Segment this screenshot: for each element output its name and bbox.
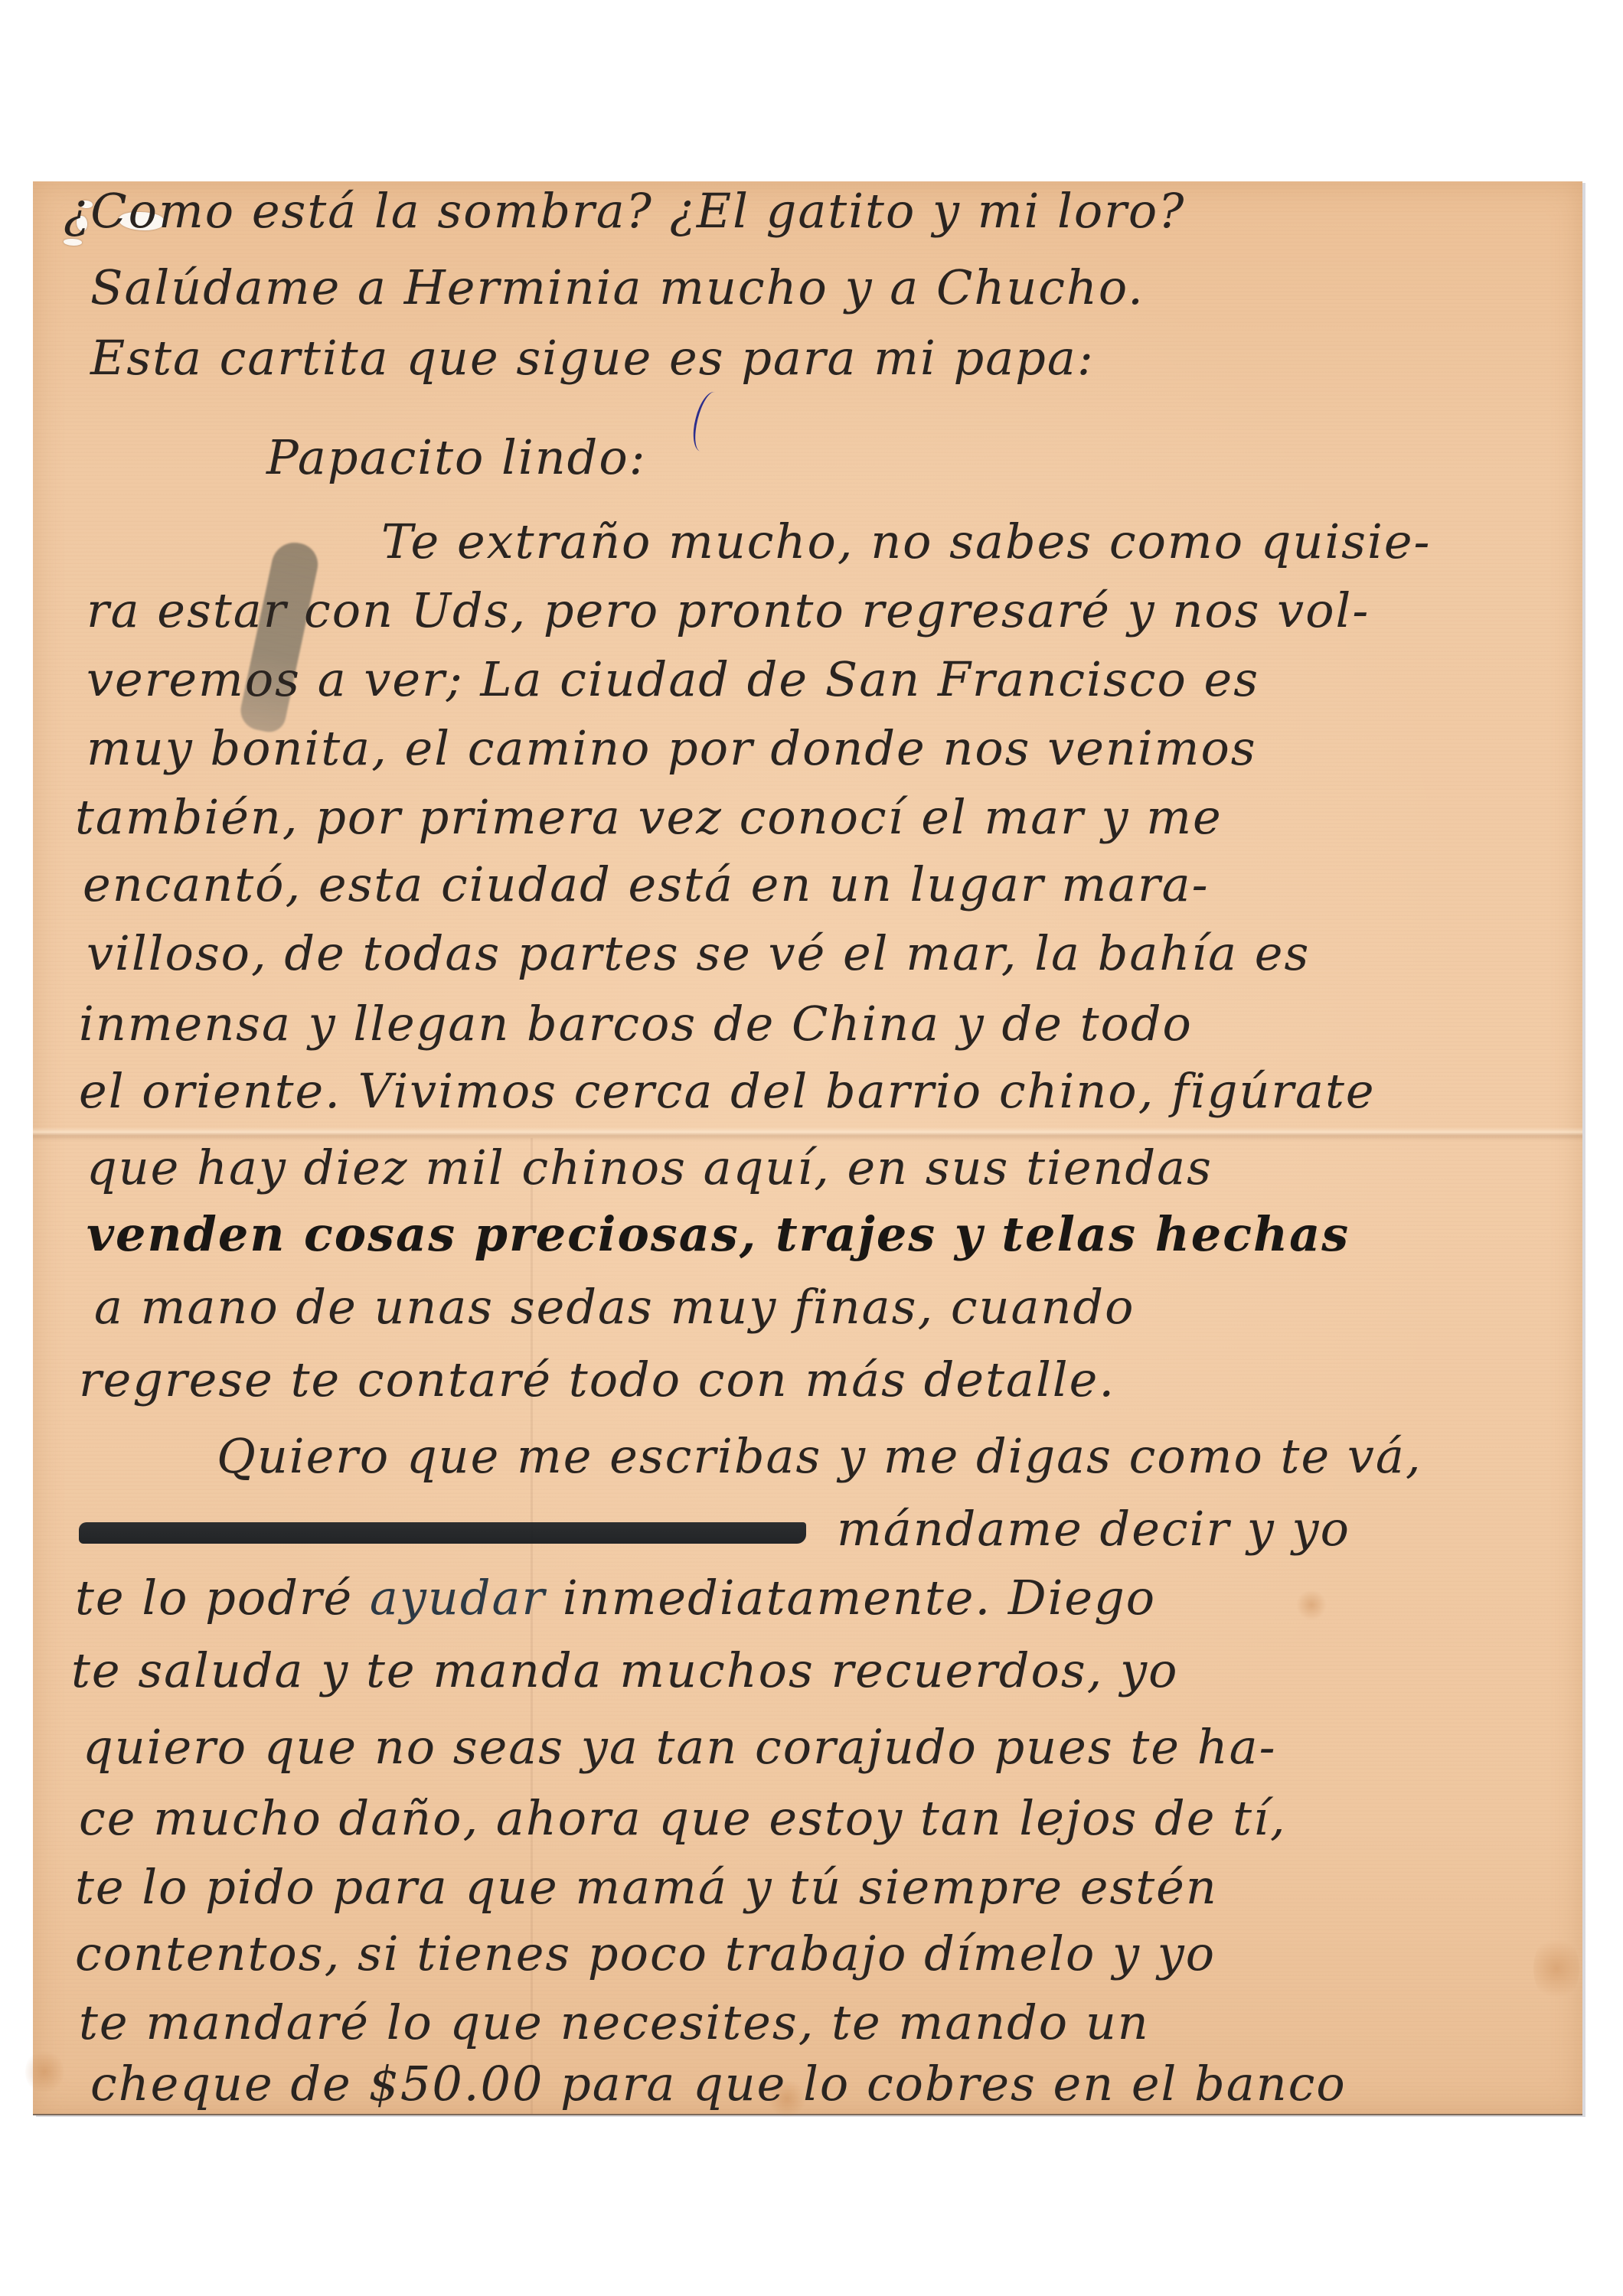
letter-line: veremos a ver; La ciudad de San Francisc… [87, 656, 1259, 703]
corrected-word: ayudar [370, 1570, 546, 1626]
letter-line: contentos, si tienes poco trabajo dímelo… [75, 1930, 1216, 1978]
salutation: Papacito lindo: [266, 434, 647, 481]
letter-line: ce mucho daño, ahora que estoy tan lejos… [79, 1795, 1287, 1842]
letter-line: te saluda y te manda muchos recuerdos, y… [71, 1647, 1178, 1694]
letter-line: ¿Como está la sombra? ¿El gatito y mi lo… [64, 188, 1185, 235]
age-stain [1533, 1934, 1579, 2003]
line-text-before: te lo podré [75, 1570, 370, 1626]
letter-line: regrese te contaré todo con más detalle. [79, 1356, 1115, 1404]
letter-line: quiero que no seas ya tan corajudo pues … [83, 1724, 1277, 1771]
letter-line: Salúdame a Herminia mucho y a Chucho. [90, 264, 1145, 311]
letter-line: Esta cartita que sigue es para mi papa: [90, 334, 1095, 382]
letter-line: villoso, de todas partes se vé el mar, l… [87, 930, 1310, 977]
letter-line: venden cosas preciosas, trajes y telas h… [87, 1211, 1350, 1258]
letter-line: cheque de $50.00 para que lo cobres en e… [90, 2060, 1347, 2108]
letter-line: te lo podré ayudar inmediatamente. Diego [75, 1574, 1156, 1622]
letter-page: ¿Como está la sombra? ¿El gatito y mi lo… [33, 181, 1582, 2115]
letter-line: te mandaré lo que necesites, te mando un [79, 1999, 1150, 2047]
letter-line: inmensa y llegan barcos de China y de to… [79, 1000, 1193, 1048]
letter-line: el oriente. Vivimos cerca del barrio chi… [79, 1068, 1376, 1115]
letter-line: Te extraño mucho, no sabes como quisie- [381, 518, 1431, 566]
letter-line: que hay diez mil chinos aquí, en sus tie… [87, 1144, 1213, 1192]
letter-line: Quiero que me escribas y me digas como t… [217, 1433, 1422, 1480]
blue-ink-mark [688, 389, 727, 455]
letter-line: a mano de unas sedas muy finas, cuando [94, 1283, 1135, 1331]
letter-line-text: mándame decir y yo [837, 1501, 1350, 1557]
letter-line: te lo pido para que mamá y tú siempre es… [75, 1864, 1218, 1911]
letter-line: encantó, esta ciudad está en un lugar ma… [83, 861, 1210, 908]
age-stain [1296, 1590, 1327, 1620]
letter-line-with-strikethrough: mándame decir y yo [79, 1505, 1350, 1553]
age-stain [25, 2049, 64, 2095]
letter-line: también, por primera vez conocí el mar y… [75, 794, 1223, 841]
paper-damage-hole [64, 239, 82, 246]
letter-line: muy bonita, el camino por donde nos veni… [87, 725, 1257, 772]
letter-line: ra estar con Uds, pero pronto regresaré … [87, 587, 1370, 634]
line-text-after: inmediatamente. Diego [546, 1570, 1156, 1626]
crossed-out-text [79, 1522, 806, 1544]
